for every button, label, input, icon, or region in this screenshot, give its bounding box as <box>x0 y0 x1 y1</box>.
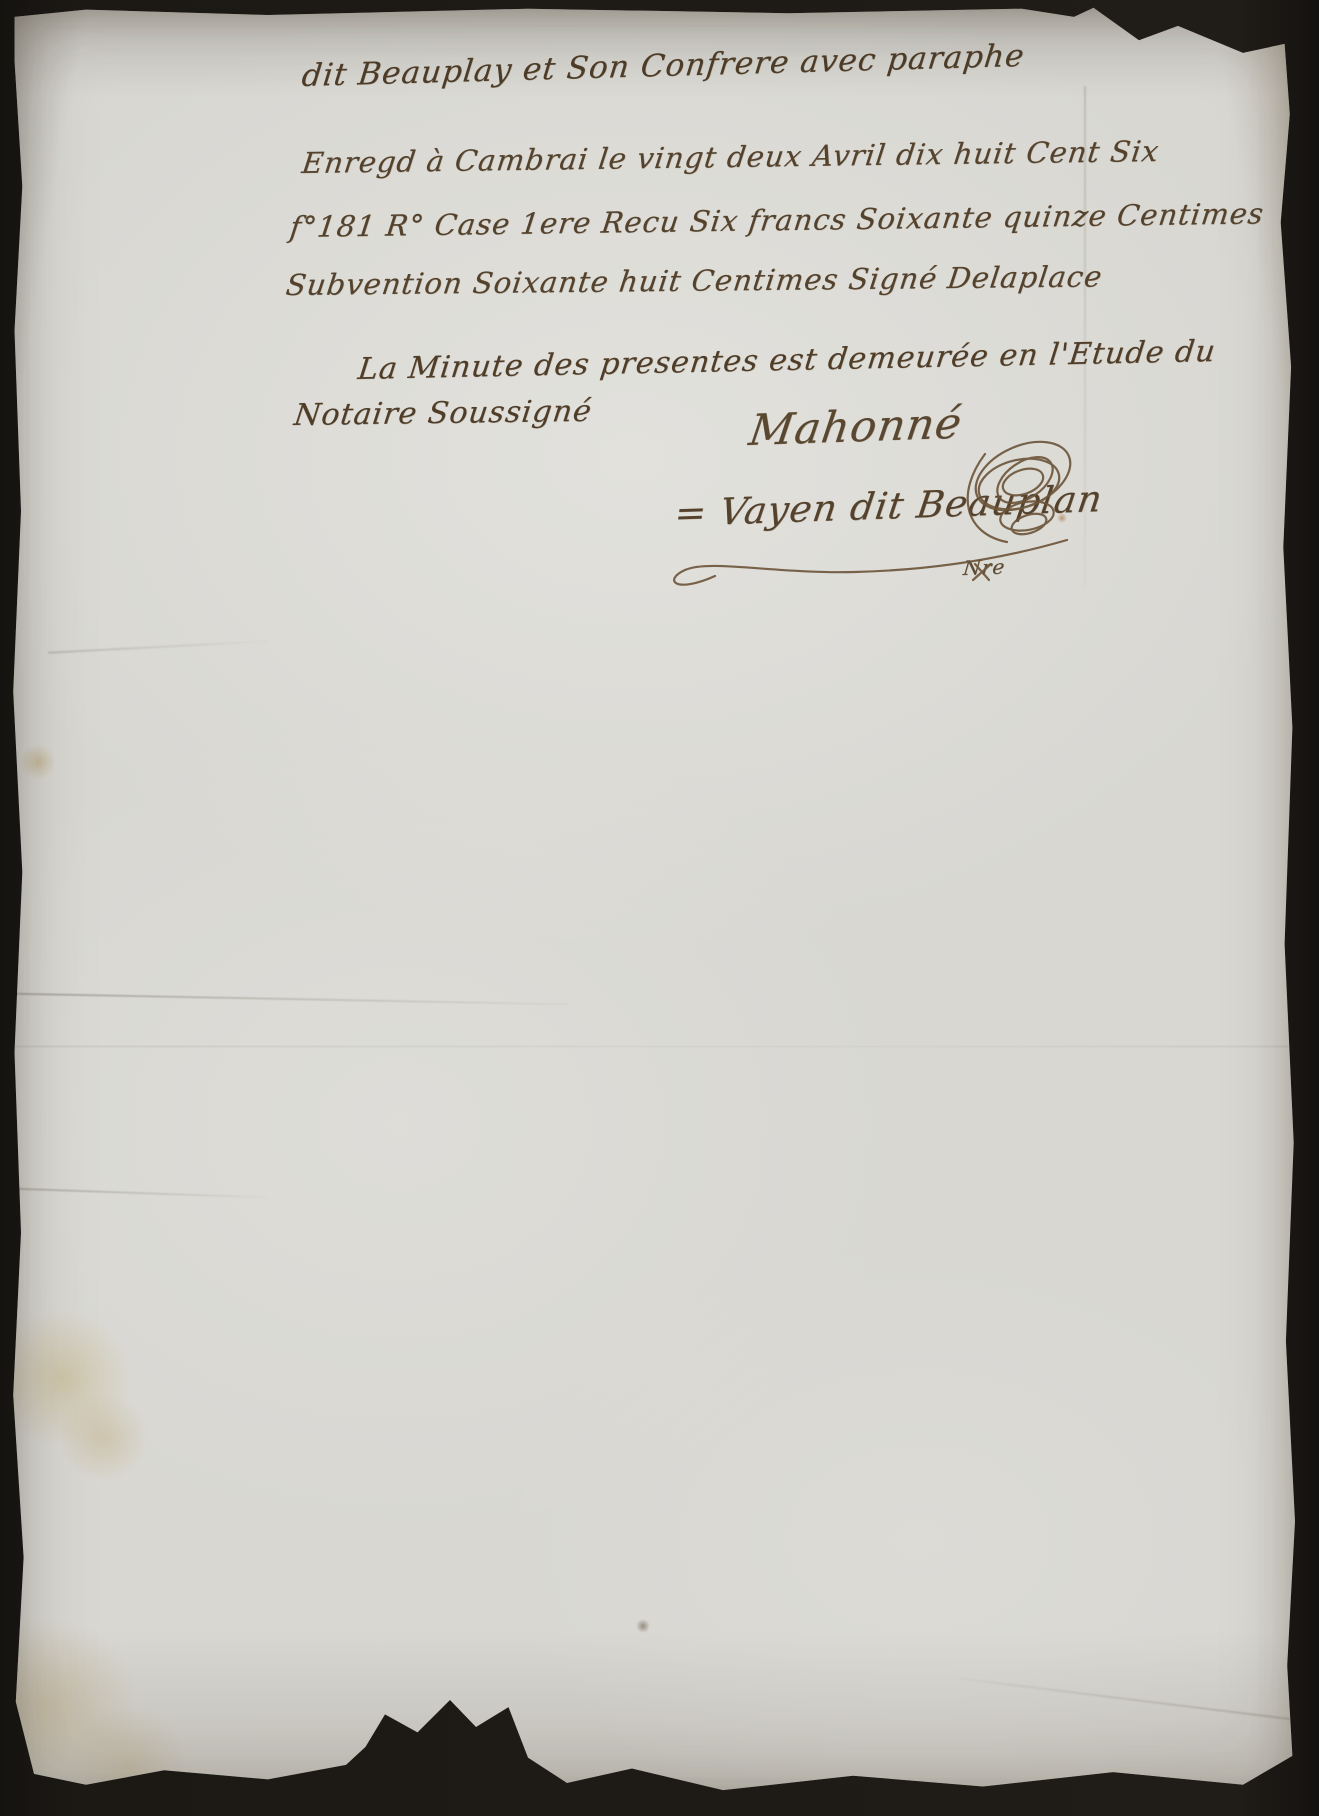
crease-line <box>48 640 268 654</box>
signature-notary-abbreviation: Nre <box>962 555 1007 580</box>
scanned-document: dit Beauplay et Son Confrere avec paraph… <box>0 0 1319 1816</box>
crease-line <box>8 1187 268 1198</box>
crease-line <box>8 993 568 1006</box>
manuscript-line: Notaire Soussigné <box>292 394 594 433</box>
crease-line <box>959 1677 1319 1724</box>
signature-mahonne: Mahonné <box>746 399 965 456</box>
crease-line <box>8 1046 1308 1047</box>
